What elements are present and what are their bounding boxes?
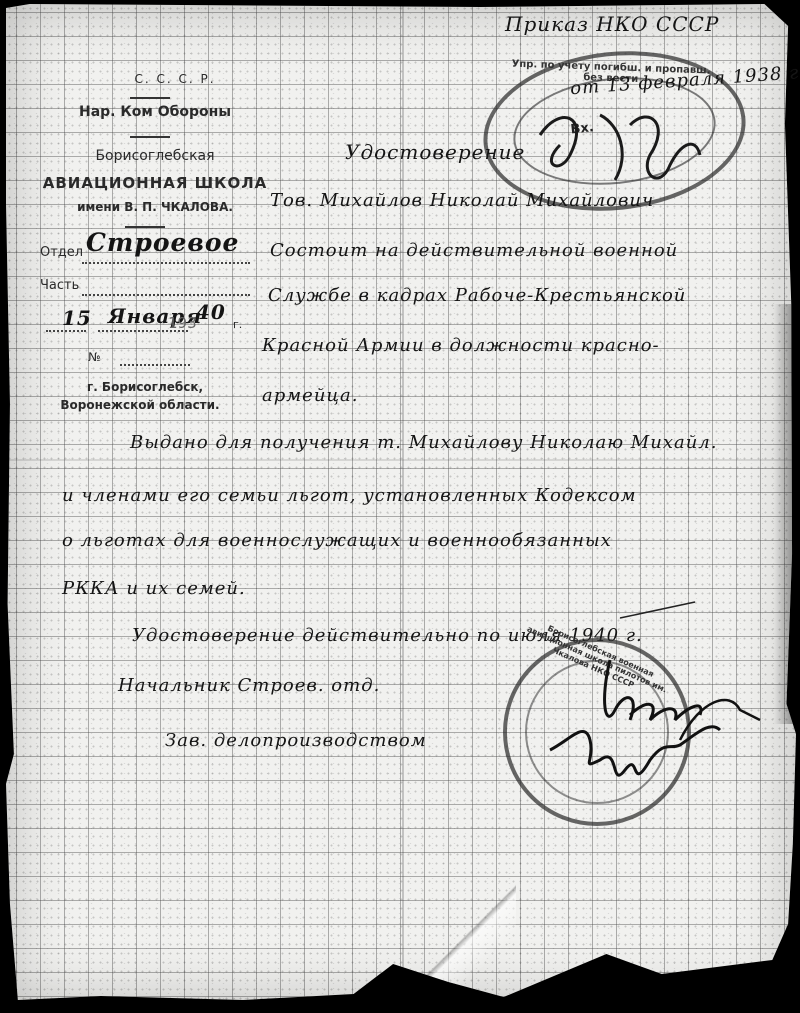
department-value: Строевое [86,228,239,257]
date-year-printed: 193 [168,314,197,332]
unit-dotted-line [82,294,250,296]
address-city: г. Борисоглебск, [50,380,240,394]
header-divider [130,136,170,138]
header-divider [130,97,170,99]
document-title: Удостоверение [345,140,525,164]
header-school: АВИАЦИОННАЯ ШКОЛА [35,174,275,192]
body-line-4: Красной Армии в должности красно- [262,335,660,356]
department-dotted-line [82,262,250,264]
validity-underline-stroke [620,600,700,620]
chief-signature-title: Начальник Строев. отд. [118,675,380,696]
horizontal-fold-crease [6,459,796,461]
header-school-name: имени В. П. ЧКАЛОВА. [50,200,260,214]
bottom-corner-fold [406,884,516,1004]
date-day-line [46,330,86,332]
body-line-2: Состоит на действительной военной [270,240,678,261]
body-line-9: РККА и их семей. [62,578,246,599]
clerk-signature-title: Зав. делопроизводством [165,730,427,751]
header-ministry: Нар. Ком Обороны [55,104,255,120]
body-line-1: Тов. Михайлов Николай Михайлович [270,190,654,211]
body-line-7: и членами его семьи льгот, установленных… [62,485,637,506]
body-line-6: Выдано для получения т. Михайлову Никола… [130,432,718,453]
header-city: Борисоглебская [50,148,260,164]
body-line-8: о льготах для военнослужащих и военнообя… [62,530,612,551]
number-label: № [88,350,100,364]
number-dotted-line [120,364,190,366]
unit-label: Часть [40,278,79,293]
body-line-3: Службе в кадрах Рабоче-Крестьянской [268,285,686,306]
chief-signature-icon [530,620,730,810]
date-suffix: г. [233,318,242,331]
order-reference-note: Приказ НКО СССР [505,12,719,36]
date-year-handwritten: 40 [196,300,226,324]
address-region: Воронежской области. [40,398,240,412]
body-line-5: армейца. [262,385,358,406]
registry-signature-icon [520,95,720,205]
date-day: 15 [62,306,92,330]
department-label: Отдел [40,245,83,260]
header-country: С. С. С. Р. [110,72,240,86]
right-edge-shadow [774,304,796,724]
